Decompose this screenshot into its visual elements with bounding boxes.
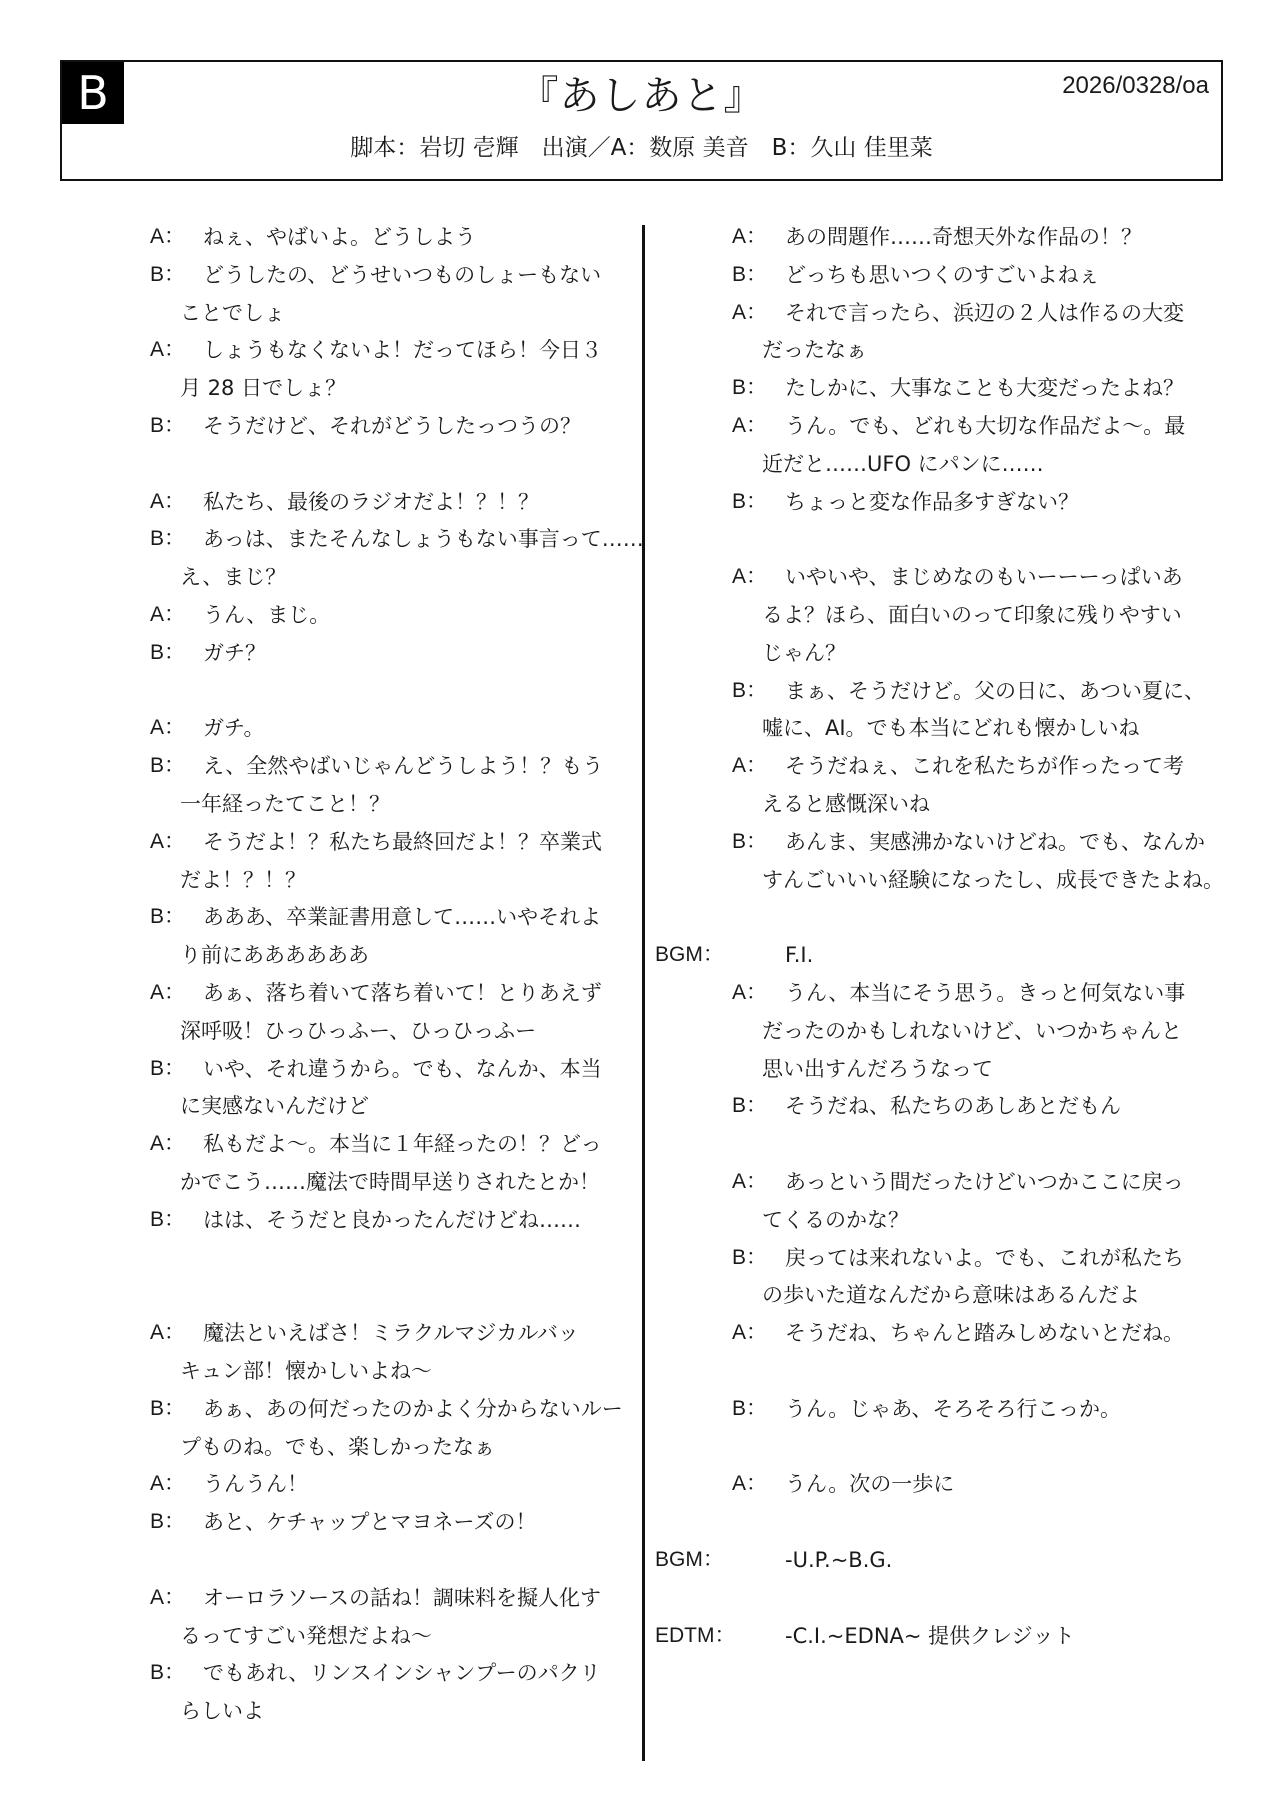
speaker-label: B： bbox=[150, 1658, 185, 1688]
speaker-label: B： bbox=[732, 1243, 767, 1273]
speaker-label: A： bbox=[732, 1318, 767, 1348]
speaker-label: A： bbox=[150, 713, 185, 743]
dialogue-line: じゃん？ bbox=[762, 638, 846, 668]
dialogue-line: えると感慨深いね bbox=[762, 789, 930, 819]
dialogue-line: 月 28 日でしょ？ bbox=[180, 373, 346, 403]
dialogue-line: え、まじ？ bbox=[180, 562, 286, 592]
speaker-label: B： bbox=[150, 1205, 185, 1235]
column-divider bbox=[642, 225, 645, 1761]
dialogue-line: 私たち、最後のラジオだよ！？！？ bbox=[203, 487, 539, 517]
dialogue-line: だったのかもしれないけど、いつかちゃんと bbox=[762, 1016, 1182, 1046]
dialogue-line: たしかに、大事なことも大変だったよね？ bbox=[785, 373, 1184, 403]
speaker-label: A： bbox=[150, 1318, 185, 1348]
speaker-label: A： bbox=[732, 298, 767, 328]
dialogue-line: あんま、実感沸かないけどね。でも、なんか bbox=[785, 827, 1205, 857]
speaker-label: B： bbox=[732, 676, 767, 706]
dialogue-line: 私もだよ～。本当に１年経ったの！？どっ bbox=[203, 1129, 602, 1159]
speaker-label: A： bbox=[150, 978, 185, 1008]
speaker-label: A： bbox=[732, 562, 767, 592]
dialogue-line: るってすごい発想だよね～ bbox=[180, 1621, 432, 1651]
dialogue-line: うん。じゃあ、そろそろ行こっか。 bbox=[785, 1394, 1121, 1424]
speaker-label: B： bbox=[150, 411, 185, 441]
cue-label: BGM： bbox=[655, 940, 724, 970]
broadcast-date-code: 2026/0328/oa bbox=[1062, 72, 1209, 100]
dialogue-line: 嘘に、AI。でも本当にどれも懐かしいね bbox=[762, 713, 1140, 743]
dialogue-line: キュン部！懐かしいよね～ bbox=[180, 1356, 432, 1386]
dialogue-line: 戻っては来れないよ。でも、これが私たち bbox=[785, 1243, 1184, 1273]
dialogue-line: るよ？ほら、面白いのって印象に残りやすい bbox=[762, 600, 1182, 630]
dialogue-line: だったなぁ bbox=[762, 335, 867, 365]
speaker-label: A： bbox=[150, 487, 185, 517]
credits-line: 脚本：岩切 壱輝 出演／A：数原 美音 B：久山 佳里菜 bbox=[62, 130, 1221, 166]
speaker-label: A： bbox=[732, 222, 767, 252]
speaker-label: B： bbox=[732, 260, 767, 290]
speaker-label: A： bbox=[150, 827, 185, 857]
dialogue-line: はは、そうだと良かったんだけどね…… bbox=[203, 1205, 581, 1235]
speaker-label: A： bbox=[732, 1469, 767, 1499]
dialogue-line: うん、本当にそう思う。きっと何気ない事 bbox=[785, 978, 1185, 1008]
dialogue-line: あと、ケチャップとマヨネーズの！ bbox=[203, 1507, 536, 1537]
speaker-label: B： bbox=[150, 1507, 185, 1537]
dialogue-line: そうだね、ちゃんと踏みしめないとだね。 bbox=[785, 1318, 1184, 1348]
dialogue-line: そうだけど、それがどうしたっつうの？ bbox=[203, 411, 581, 441]
dialogue-line: あぁ、あの何だったのかよく分からないルー bbox=[203, 1394, 623, 1424]
speaker-label: A： bbox=[732, 978, 767, 1008]
dialogue-line: あっという間だったけどいつかここに戻っ bbox=[785, 1167, 1184, 1197]
dialogue-line: そうだねぇ、これを私たちが作ったって考 bbox=[785, 751, 1184, 781]
dialogue-line: あぁ、落ち着いて落ち着いて！とりあえず bbox=[203, 978, 602, 1008]
dialogue-line: どうしたの、どうせいつものしょーもない bbox=[203, 260, 601, 290]
cue-label: BGM： bbox=[655, 1545, 724, 1575]
dialogue-line: ガチ。 bbox=[203, 713, 265, 743]
dialogue-line: でもあれ、リンスインシャンプーのパクリ bbox=[203, 1658, 601, 1688]
speaker-label: A： bbox=[150, 1469, 185, 1499]
speaker-label: B： bbox=[150, 902, 185, 932]
dialogue-line: いやいや、まじめなのもいーーーっぱいあ bbox=[785, 562, 1183, 592]
dialogue-line: あっは、またそんなしょうもない事言って…… bbox=[203, 524, 644, 554]
dialogue-line: すんごいいい経験になったし、成長できたよね。 bbox=[762, 865, 1224, 895]
dialogue-line: あああ、卒業証書用意して……いやそれよ bbox=[203, 902, 601, 932]
dialogue-line: てくるのかな？ bbox=[762, 1205, 909, 1235]
speaker-label: A： bbox=[150, 335, 185, 365]
dialogue-line: うんうん！ bbox=[203, 1469, 308, 1499]
dialogue-line: オーロラソースの話ね！調味料を擬人化す bbox=[203, 1583, 601, 1613]
speaker-label: A： bbox=[150, 600, 185, 630]
dialogue-line: ことでしょ bbox=[180, 298, 285, 328]
speaker-label: B： bbox=[732, 487, 767, 517]
dialogue-line: しょうもなくないよ！だってほら！今日３ bbox=[203, 335, 602, 365]
speaker-label: A： bbox=[732, 1167, 767, 1197]
cue-text: F.I. bbox=[785, 940, 813, 970]
script-title: 『あしあと』 bbox=[62, 68, 1221, 124]
speaker-label: B： bbox=[150, 638, 185, 668]
dialogue-line: らしいよ bbox=[180, 1696, 264, 1726]
dialogue-line: プものね。でも、楽しかったなぁ bbox=[180, 1432, 495, 1462]
dialogue-line: あの問題作……奇想天外な作品の！？ bbox=[785, 222, 1142, 252]
cue-text: -C.I.~EDNA~ 提供クレジット bbox=[785, 1621, 1075, 1651]
speaker-label: B： bbox=[732, 1091, 767, 1121]
dialogue-line: 一年経ったてこと！？ bbox=[180, 789, 390, 819]
dialogue-line: ちょっと変な作品多すぎない？ bbox=[785, 487, 1079, 517]
dialogue-line: 思い出すんだろうなって bbox=[762, 1054, 993, 1084]
speaker-label: B： bbox=[732, 1394, 767, 1424]
dialogue-line: うん。でも、どれも大切な作品だよ～。最 bbox=[785, 411, 1185, 441]
cue-label: EDTM： bbox=[655, 1621, 736, 1651]
speaker-label: B： bbox=[150, 260, 185, 290]
dialogue-line: 深呼吸！ひっひっふー、ひっひっふー bbox=[180, 1016, 536, 1046]
dialogue-line: 魔法といえばさ！ミラクルマジカルバッ bbox=[203, 1318, 579, 1348]
dialogue-line: どっちも思いつくのすごいよねぇ bbox=[785, 260, 1100, 290]
dialogue-line: え、全然やばいじゃんどうしよう！？もう bbox=[203, 751, 603, 781]
dialogue-line: に実感ないんだけど bbox=[180, 1091, 369, 1121]
dialogue-line: の歩いた道なんだから意味はあるんだよ bbox=[762, 1280, 1140, 1310]
speaker-label: A： bbox=[732, 411, 767, 441]
speaker-label: B： bbox=[150, 751, 185, 781]
speaker-label: B： bbox=[150, 524, 185, 554]
dialogue-line: 近だと……UFO にパンに…… bbox=[762, 449, 1044, 479]
speaker-label: A： bbox=[150, 222, 185, 252]
script-header: B 『あしあと』 2026/0328/oa 脚本：岩切 壱輝 出演／A：数原 美… bbox=[60, 60, 1223, 181]
dialogue-line: かでこう……魔法で時間早送りされたとか！ bbox=[180, 1167, 600, 1197]
speaker-label: B： bbox=[150, 1394, 185, 1424]
speaker-label: A： bbox=[732, 751, 767, 781]
speaker-label: B： bbox=[150, 1054, 185, 1084]
dialogue-line: り前にああああああ bbox=[180, 940, 369, 970]
speaker-label: B： bbox=[732, 373, 767, 403]
dialogue-line: それで言ったら、浜辺の２人は作るの大変 bbox=[785, 298, 1184, 328]
speaker-label: A： bbox=[150, 1129, 185, 1159]
cue-text: -U.P.~B.G. bbox=[785, 1545, 892, 1575]
dialogue-line: そうだよ！？私たち最終回だよ！？卒業式 bbox=[203, 827, 602, 857]
speaker-label: B： bbox=[732, 827, 767, 857]
dialogue-line: うん、まじ。 bbox=[203, 600, 330, 630]
dialogue-line: ガチ？ bbox=[203, 638, 266, 668]
dialogue-line: だよ！？！？ bbox=[180, 865, 306, 895]
dialogue-line: うん。次の一歩に bbox=[785, 1469, 954, 1499]
dialogue-line: そうだね、私たちのあしあとだもん bbox=[785, 1091, 1121, 1121]
dialogue-line: まぁ、そうだけど。父の日に、あつい夏に、 bbox=[785, 676, 1205, 706]
speaker-label: A： bbox=[150, 1583, 185, 1613]
dialogue-line: いや、それ違うから。でも、なんか、本当 bbox=[203, 1054, 602, 1084]
dialogue-line: ねぇ、やばいよ。どうしよう bbox=[203, 222, 476, 252]
